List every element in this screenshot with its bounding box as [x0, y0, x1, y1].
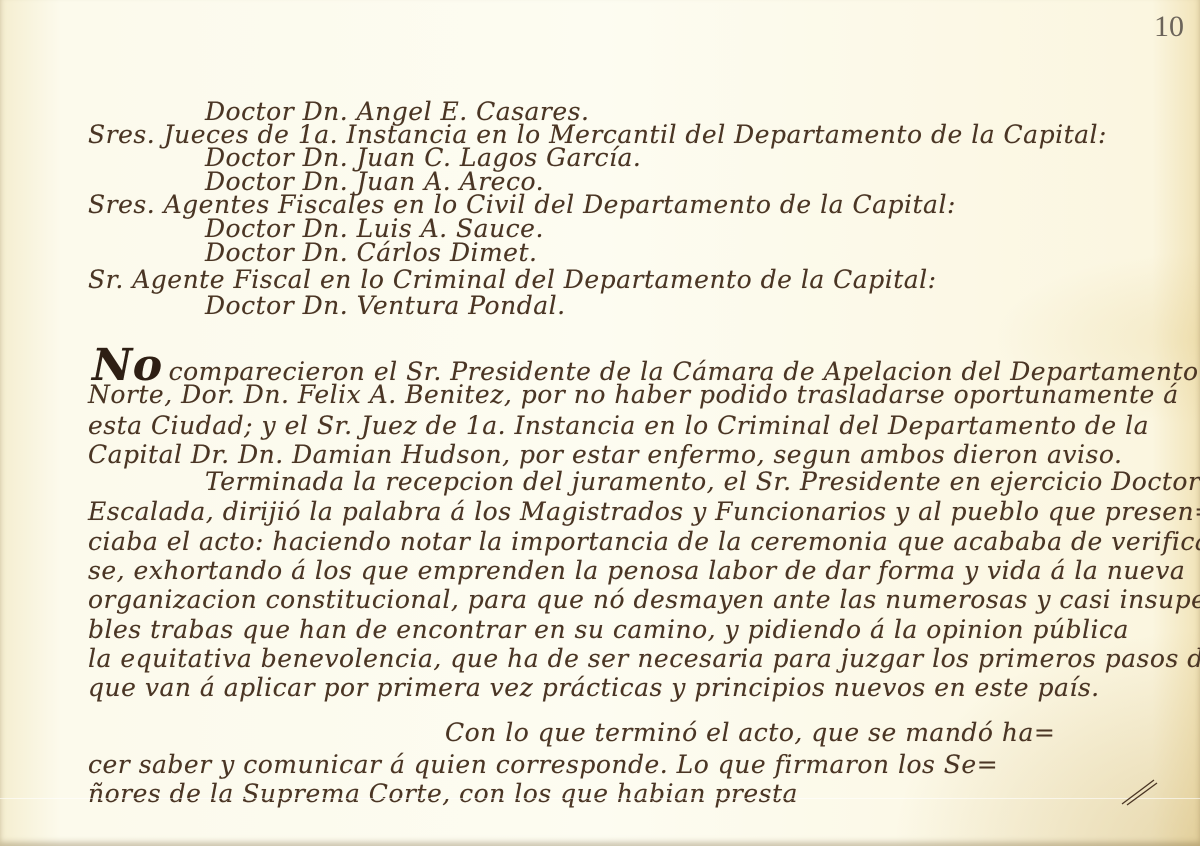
paragraph-line: bles trabas que han de encontrar en su c… [88, 615, 1129, 644]
paragraph-line: Capital Dr. Dn. Damian Hudson, por estar… [88, 440, 1122, 469]
paragraph-line: Escalada, dirijió la palabra á los Magis… [88, 497, 1200, 526]
paragraph-line: Con lo que terminó el acto, que se mandó… [445, 718, 1055, 747]
paragraph-line: que van á aplicar por primera vez prácti… [88, 673, 1100, 702]
list-line: Doctor Dn. Ventura Pondal. [205, 291, 566, 320]
paragraph-line: se, exhortando á los que emprenden la pe… [88, 556, 1185, 585]
page-crease [0, 798, 1200, 799]
paragraph-line: Norte, Dor. Dn. Felix A. Benitez, por no… [88, 380, 1179, 409]
paragraph-line: cer saber y comunicar á quien correspond… [88, 750, 998, 779]
paragraph-line: Terminada la recepcion del juramento, el… [205, 467, 1200, 496]
line-end-flourish-icon [1118, 778, 1158, 806]
list-heading: Sr. Agente Fiscal en lo Criminal del Dep… [88, 265, 937, 294]
paragraph-line: ñores de la Suprema Corte, con los que h… [88, 779, 798, 808]
paragraph-line: esta Ciudad; y el Sr. Juez de 1a. Instan… [88, 411, 1149, 440]
paragraph-line: organizacion constitucional, para que nó… [88, 585, 1200, 614]
page-number: 10 [1154, 10, 1184, 44]
paragraph-line: ciaba el acto: haciendo notar la importa… [88, 527, 1200, 556]
manuscript-page: 10 Doctor Dn. Angel E. Casares. Sres. Ju… [0, 0, 1200, 846]
paragraph-line: la equitativa benevolencia, que ha de se… [88, 644, 1200, 673]
list-line: Doctor Dn. Cárlos Dimet. [205, 238, 537, 267]
